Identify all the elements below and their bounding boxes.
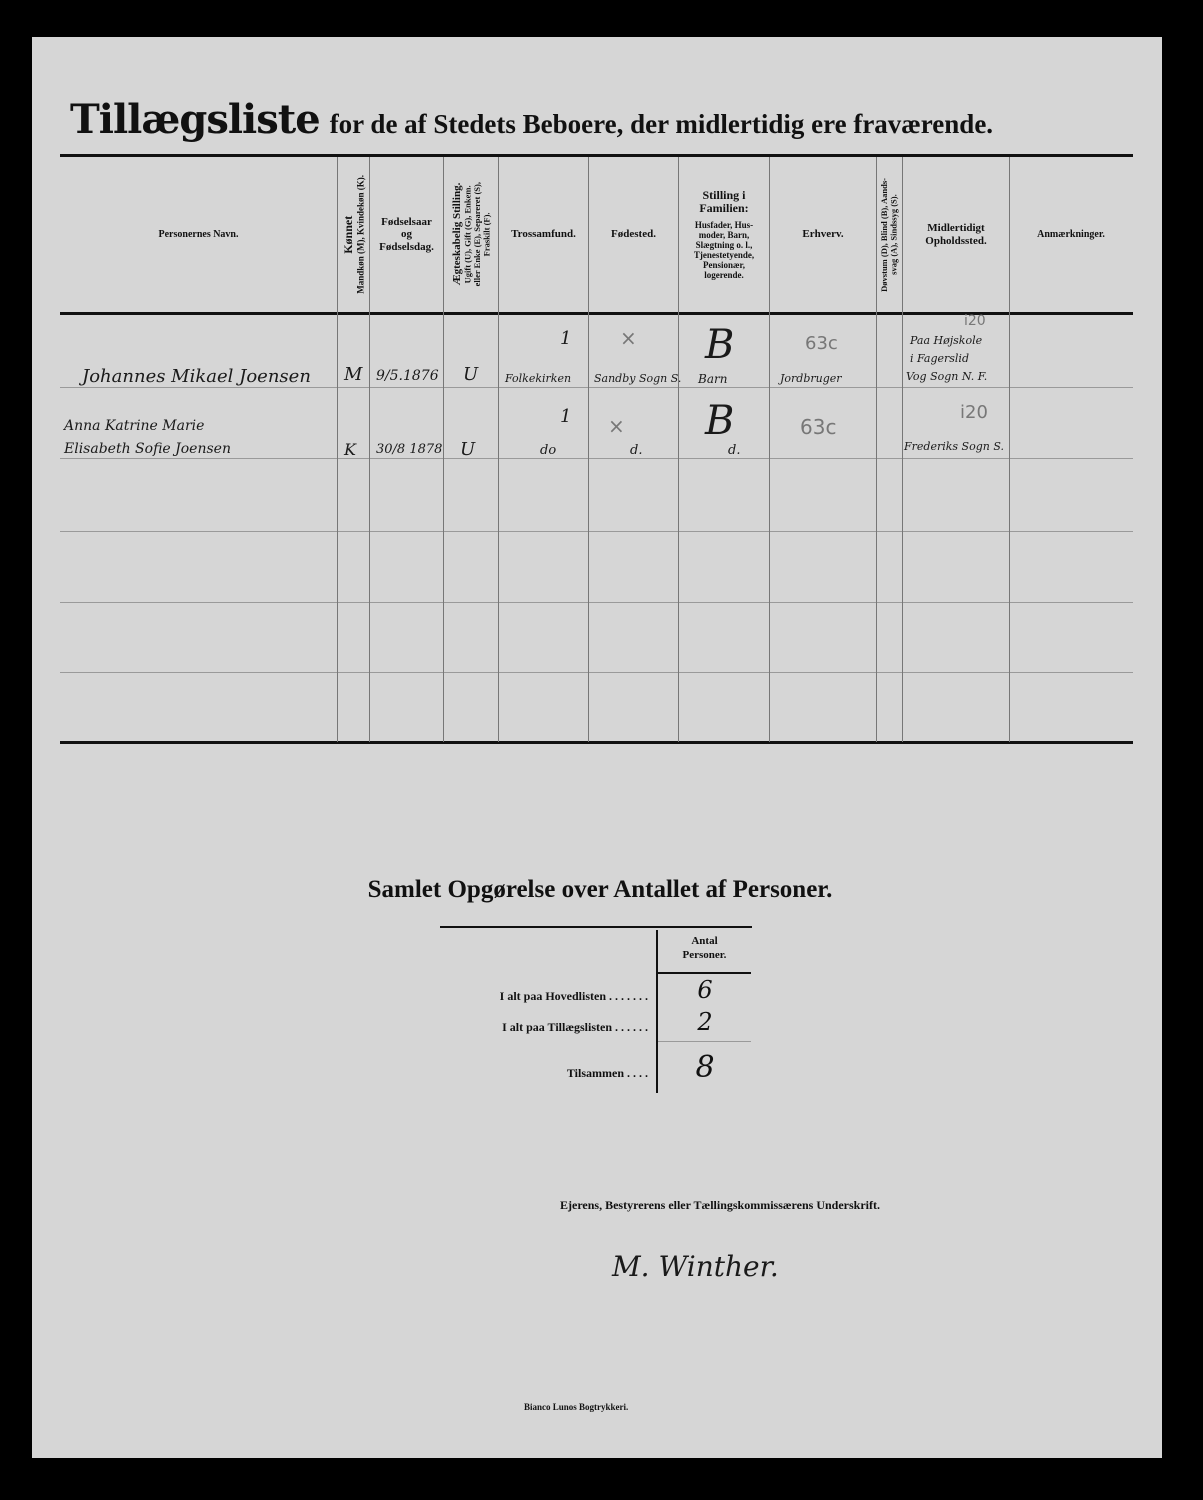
header-birth-line3: Fødselsdag. xyxy=(379,241,434,253)
row1-name: Johannes Mikael Joensen xyxy=(82,366,311,387)
header-family-position: Stilling i Familien: Husfader, Hus- mode… xyxy=(679,157,769,312)
header-residence-line2: Opholdssted. xyxy=(925,235,986,247)
header-birth-line2: og xyxy=(401,228,412,240)
header-family-line5: Slægtning o. l., xyxy=(696,240,753,250)
summary-header-rule xyxy=(658,972,751,974)
summary-header-line2: Personer. xyxy=(658,948,751,962)
header-religion-label: Trossamfund. xyxy=(511,228,576,240)
header-residence-line1: Midlertidigt xyxy=(927,222,984,234)
header-disability-line2: svag (A), Sindssyg (S). xyxy=(890,178,900,292)
summary-value-total: 8 xyxy=(660,1050,750,1085)
summary-label-hovedlisten: I alt paa Hovedlisten . . . . . . . xyxy=(430,989,648,1004)
row2-birthplace: d. xyxy=(630,443,642,458)
header-family-line6: Tjenestetyende, xyxy=(694,250,754,260)
row-divider xyxy=(60,602,1133,603)
row2-family-code: B xyxy=(705,398,734,444)
row1-birthplace: Sandby Sogn S. xyxy=(594,372,681,385)
row1-occupation: Jordbruger xyxy=(780,372,842,385)
row-divider xyxy=(60,387,1133,388)
header-family-line7: Pensionær, xyxy=(703,260,745,270)
header-remarks: Anmærkninger. xyxy=(1010,157,1132,312)
printer-imprint: Bianco Lunos Bogtrykkeri. xyxy=(524,1402,628,1412)
row2-name-line1: Anna Katrine Marie xyxy=(64,418,204,434)
row1-family-code: B xyxy=(705,322,734,368)
title-main: Tillægsliste xyxy=(70,96,320,143)
row1-family-position: Barn xyxy=(698,372,727,386)
row2-family-position: d. xyxy=(728,443,740,458)
signature-caption: Ejerens, Bestyrerens eller Tællingskommi… xyxy=(560,1198,880,1213)
summary-value-hovedlisten: 6 xyxy=(660,976,750,1004)
title-subtitle-bold: fraværende. xyxy=(853,109,993,139)
header-sex-label: Kønnet Mandkøn (M), Kvindekøn (K). xyxy=(342,175,366,294)
summary-header-line1: Antal xyxy=(658,934,751,948)
row1-religion: Folkekirken xyxy=(505,372,571,385)
header-religion: Trossamfund. xyxy=(499,157,588,312)
row2-religion-code: 1 xyxy=(560,406,571,427)
header-remarks-label: Anmærkninger. xyxy=(1037,229,1105,240)
header-marital-line4: Fraskilt (F). xyxy=(482,182,492,286)
header-disability-label: Døvstum (D), Blind (B), Aands- svag (A),… xyxy=(880,178,899,292)
row1-residence-line2: i Fagerslid xyxy=(910,352,969,365)
row2-religion: do xyxy=(540,443,556,458)
summary-title: Samlet Opgørelse over Antallet af Person… xyxy=(300,876,900,904)
header-sex: Kønnet Mandkøn (M), Kvindekøn (K). xyxy=(338,157,369,312)
summary-top-rule xyxy=(440,926,752,928)
header-sex-line1: Kønnet xyxy=(342,175,355,294)
summary-subtotal-rule xyxy=(658,1041,751,1042)
summary-value-tillaegslisten: 2 xyxy=(660,1008,750,1036)
header-marital-label: Ægteskabelig Stilling. Ugift (U), Gift (… xyxy=(451,182,492,286)
header-family-line8: logerende. xyxy=(704,270,744,280)
header-family-line3: Husfader, Hus- xyxy=(695,220,753,230)
row1-sex: M xyxy=(344,364,362,385)
header-names: Personernes Navn. xyxy=(60,157,337,312)
header-disability: Døvstum (D), Blind (B), Aands- svag (A),… xyxy=(877,157,902,312)
row2-sex: K xyxy=(344,440,356,459)
row1-religion-code: 1 xyxy=(560,328,571,349)
header-family-line4: moder, Barn, xyxy=(699,230,749,240)
header-occupation: Erhverv. xyxy=(770,157,876,312)
signature: M. Winther. xyxy=(612,1250,779,1283)
row1-residence-line1: Paa Højskole xyxy=(910,334,982,347)
header-occupation-label: Erhverv. xyxy=(802,228,843,240)
header-temp-residence: Midlertidigt Opholdssted. xyxy=(903,157,1009,312)
header-marital-line1: Ægteskabelig Stilling. xyxy=(451,182,463,286)
title-subtitle: for de af Stedets Beboere, der midlertid… xyxy=(330,109,993,139)
summary-label-tillaegslisten: I alt paa Tillægslisten . . . . . . xyxy=(430,1020,648,1035)
title-subtitle-text: for de af Stedets Beboere, der midlertid… xyxy=(330,109,847,139)
row1-birthplace-mark: × xyxy=(620,326,637,350)
header-birth: Fødselsaar og Fødselsdag. xyxy=(370,157,443,312)
row1-residence-line3: Vog Sogn N. F. xyxy=(906,370,987,383)
row2-name-line2: Elisabeth Sofie Joensen xyxy=(64,441,231,457)
row2-birthplace-mark: × xyxy=(608,414,625,438)
row-divider xyxy=(60,672,1133,673)
table-bottom-rule xyxy=(60,741,1133,744)
row1-residence-code: i20 xyxy=(964,313,986,329)
row2-residence: Frederiks Sogn S. xyxy=(904,440,1004,453)
row2-occupation-code: 63c xyxy=(800,415,836,439)
row2-residence-code: i20 xyxy=(960,402,988,423)
row-divider xyxy=(60,458,1133,459)
header-birthplace: Fødested. xyxy=(589,157,678,312)
row-divider xyxy=(60,531,1133,532)
header-sex-line2: Mandkøn (M), Kvindekøn (K). xyxy=(355,175,365,294)
summary-label-total: Tilsammen . . . . xyxy=(430,1066,648,1081)
header-family-line1: Stilling i xyxy=(702,189,745,202)
row2-birthdate: 30/8 1878 xyxy=(376,442,442,457)
summary-header: Antal Personer. xyxy=(658,934,751,963)
document-title: Tillægslistefor de af Stedets Beboere, d… xyxy=(70,96,1100,146)
header-marital: Ægteskabelig Stilling. Ugift (U), Gift (… xyxy=(444,157,498,312)
header-birthplace-label: Fødested. xyxy=(611,228,656,240)
row1-occupation-code: 63c xyxy=(805,333,838,354)
row2-marital: U xyxy=(460,439,475,460)
row1-birthdate: 9/5.1876 xyxy=(376,368,439,384)
header-names-label: Personernes Navn. xyxy=(159,229,239,240)
row1-marital: U xyxy=(463,364,478,385)
header-family-line2: Familien: xyxy=(699,202,748,215)
header-birth-line1: Fødselsaar xyxy=(381,216,432,228)
